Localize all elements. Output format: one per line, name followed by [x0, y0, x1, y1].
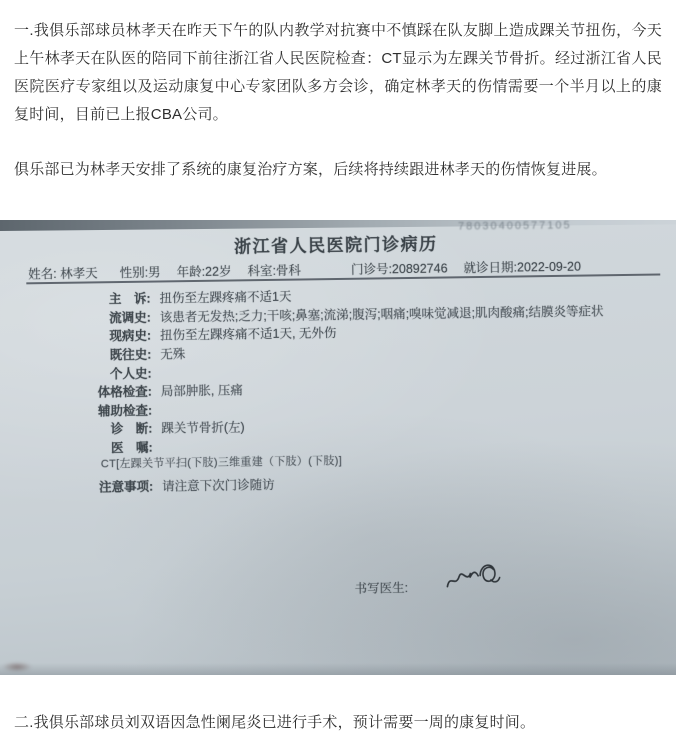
record-rows: 主 诉: 扭伤至左踝疼痛不适1天 流调史: 该患者无发热;乏力;干咳;鼻塞;流涕… — [84, 281, 668, 456]
row-value: 扭伤至左踝疼痛不适1天 — [159, 287, 291, 307]
row-label: 体格检查: — [86, 382, 152, 401]
row-value: 局部肿胀, 压痛 — [161, 381, 243, 400]
record-row-notes: 注意事项: 请注意下次门诊随访 — [87, 475, 275, 496]
row-value: 请注意下次门诊随访 — [162, 475, 275, 495]
row-label: 既往史: — [85, 345, 151, 364]
announcement-paragraph-3: 二.我俱乐部球员刘双语因急性阑尾炎已进行手术，预计需要一周的康复时间。 — [14, 709, 662, 737]
row-label: 流调史: — [85, 307, 151, 326]
row-label: 辅助检查: — [86, 400, 152, 419]
row-value: 无殊 — [160, 344, 185, 362]
patient-visit-number: 门诊号:20892746 — [351, 258, 448, 277]
photo-corner-stain — [2, 662, 32, 672]
row-label: 注意事项: — [87, 477, 153, 496]
row-label: 现病史: — [85, 326, 151, 345]
row-label: 个人史: — [85, 363, 151, 382]
announcement-paragraph-1: 一.我俱乐部球员林孝天在昨天下午的队内教学对抗赛中不慎踩在队友脚上造成踝关节扭伤… — [14, 0, 662, 129]
patient-age: 年龄:22岁 — [176, 261, 231, 280]
hospital-record-title: 浙江省人民医院门诊病历 — [0, 226, 674, 260]
row-value: 踝关节骨折(左) — [161, 418, 245, 437]
announcement-paragraph-2: 俱乐部已为林孝天安排了系统的康复治疗方案，后续将持续跟进林孝天的伤情恢复进展。 — [14, 156, 662, 184]
patient-gender: 性别:男 — [119, 262, 160, 281]
patient-visit-date: 就诊日期:2022-09-20 — [463, 257, 581, 277]
doctor-signature-scribble — [437, 547, 516, 609]
row-label: 诊 断: — [86, 419, 152, 438]
row-value: 扭伤至左踝疼痛不适1天, 无外伤 — [160, 324, 337, 344]
medical-record-photo: 78030400577105 浙江省人民医院门诊病历 姓名: 林孝天 性别:男 … — [0, 220, 676, 675]
ct-prescription-line: CT[左踝关节平扫(下肢)三维重建（下肢）(下肢)] — [101, 452, 342, 471]
row-label: 主 诉: — [84, 289, 150, 308]
medical-record-paper: 浙江省人民医院门诊病历 姓名: 林孝天 性别:男 年龄:22岁 科室:骨科 门诊… — [0, 220, 676, 675]
patient-department: 科室:骨科 — [247, 261, 301, 280]
writing-doctor-label: 书写医生: — [354, 578, 408, 597]
patient-name: 姓名: 林孝天 — [28, 263, 98, 282]
